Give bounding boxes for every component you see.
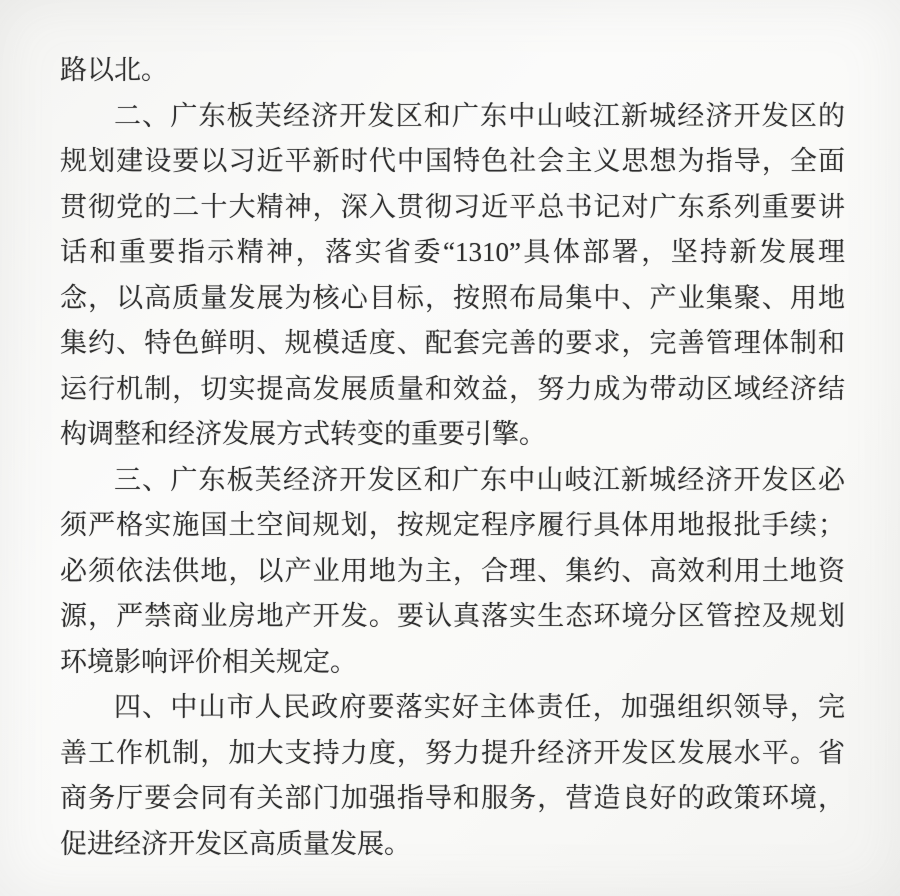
text-line: 商务厅要会同有关部门加强指导和服务，营造良好的政策环境，	[60, 776, 845, 822]
text-line: 善工作机制，加大支持力度，努力提升经济开发区发展水平。省	[60, 731, 845, 777]
text-line: 贯彻党的二十大精神，深入贯彻习近平总书记对广东系列重要讲	[60, 185, 845, 231]
text-line: 四、中山市人民政府要落实好主体责任，加强组织领导，完	[60, 685, 845, 731]
text-line: 话和重要指示精神，落实省委“1310”具体部署，坚持新发展理	[60, 230, 845, 276]
text-line: 念，以高质量发展为核心目标，按照布局集中、产业集聚、用地	[60, 276, 845, 322]
text-line: 环境影响评价相关规定。	[60, 640, 845, 686]
text-line: 路以北。	[60, 48, 845, 94]
document-body: 路以北。 二、广东板芙经济开发区和广东中山岐江新城经济开发区的 规划建设要以习近…	[60, 48, 845, 867]
text-line: 必须依法供地，以产业用地为主，合理、集约、高效利用土地资	[60, 549, 845, 595]
text-line: 集约、特色鲜明、规模适度、配套完善的要求，完善管理体制和	[60, 321, 845, 367]
document-page: 路以北。 二、广东板芙经济开发区和广东中山岐江新城经济开发区的 规划建设要以习近…	[0, 0, 900, 896]
text-line: 二、广东板芙经济开发区和广东中山岐江新城经济开发区的	[60, 94, 845, 140]
paragraph-section-2: 二、广东板芙经济开发区和广东中山岐江新城经济开发区的 规划建设要以习近平新时代中…	[60, 94, 845, 458]
text-line: 须严格实施国土空间规划，按规定程序履行具体用地报批手续；	[60, 503, 845, 549]
paragraph-section-4: 四、中山市人民政府要落实好主体责任，加强组织领导，完 善工作机制，加大支持力度，…	[60, 685, 845, 867]
text-line: 源，严禁商业房地产开发。要认真落实生态环境分区管控及规划	[60, 594, 845, 640]
paragraph-section-3: 三、广东板芙经济开发区和广东中山岐江新城经济开发区必 须严格实施国土空间规划，按…	[60, 458, 845, 686]
paragraph-continuation: 路以北。	[60, 48, 845, 94]
text-line: 运行机制，切实提高发展质量和效益，努力成为带动区域经济结	[60, 367, 845, 413]
text-line: 促进经济开发区高质量发展。	[60, 822, 845, 868]
text-line: 三、广东板芙经济开发区和广东中山岐江新城经济开发区必	[60, 458, 845, 504]
text-line: 规划建设要以习近平新时代中国特色社会主义思想为指导，全面	[60, 139, 845, 185]
text-line: 构调整和经济发展方式转变的重要引擎。	[60, 412, 845, 458]
